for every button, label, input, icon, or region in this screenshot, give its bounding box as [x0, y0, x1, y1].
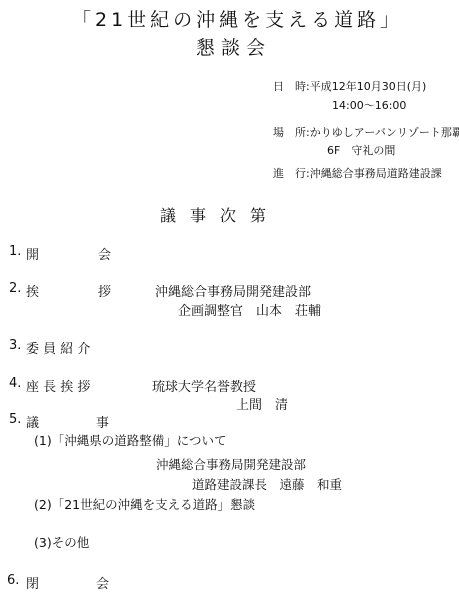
speaker-org: 琉球大学名誉教授	[152, 376, 256, 395]
document-subtitle: 懇談会	[196, 33, 271, 60]
subitem-1: (1)「沖縄県の道路整備」について	[34, 431, 226, 449]
item-label-a: 閉	[26, 573, 39, 592]
host-value: 沖縄総合事務局道路建設課	[310, 167, 442, 180]
item-label: 委 員 紹 介	[26, 338, 90, 357]
item-label-b: 拶	[98, 281, 111, 300]
agenda-heading: 議事次第	[160, 203, 280, 226]
document-title: 「21世紀の沖縄を支える道路」	[72, 5, 403, 32]
item-label-a: 開	[26, 244, 39, 263]
item-number: 2.	[9, 281, 21, 296]
date-value: 平成12年10月30日(月)	[310, 80, 427, 93]
item-number: 5.	[9, 412, 21, 427]
host-label: 進 行:	[273, 167, 310, 180]
item-number: 3.	[9, 338, 21, 353]
item-number: 1.	[9, 244, 21, 259]
item-label-a: 議	[26, 412, 39, 431]
speaker-name: 企画調整官 山本 荘輔	[178, 300, 321, 319]
date-label: 日 時:	[273, 80, 310, 93]
item-label-b: 事	[96, 412, 109, 431]
item-label-b: 会	[98, 244, 111, 263]
item-number: 4.	[9, 376, 21, 391]
speaker-name: 上間 清	[236, 394, 288, 413]
item-label: 座 長 挨 拶	[26, 376, 90, 395]
item-number: 6.	[7, 573, 19, 588]
item-label-b: 会	[96, 573, 109, 592]
room-value: 6F 守礼の間	[327, 142, 395, 158]
subitem-1-org: 沖縄総合事務局開発建設部	[156, 455, 306, 473]
time-value: 14:00〜16:00	[332, 97, 406, 113]
item-label-a: 挨	[26, 281, 39, 300]
place-label: 場 所:	[273, 126, 310, 139]
subitem-2: (2)「21世紀の沖縄を支える道路」懇談	[34, 495, 255, 513]
subitem-3: (3)その他	[34, 533, 89, 551]
subitem-1-person: 道路建設課長 遠藤 和重	[192, 475, 342, 493]
place-value: かりゆしアーバンリゾート那覇	[310, 126, 459, 139]
speaker-org: 沖縄総合事務局開発建設部	[155, 281, 311, 300]
